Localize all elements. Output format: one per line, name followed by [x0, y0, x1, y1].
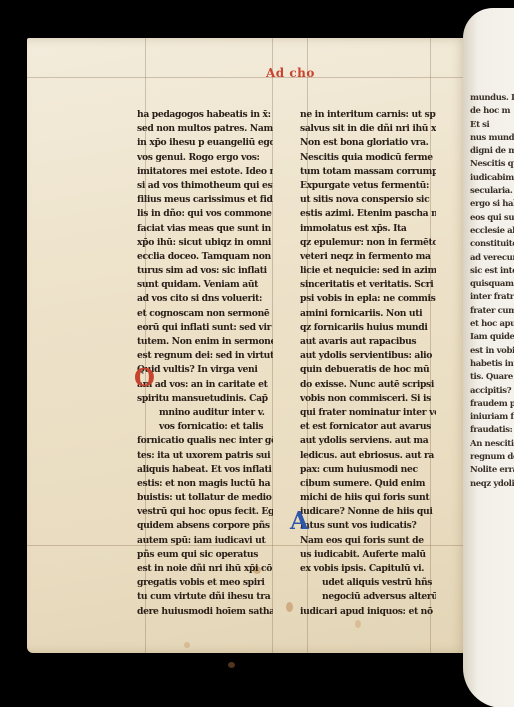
text-line: intus sunt vos iudicatis?: [300, 519, 436, 533]
text-line: Expurgate vetus fermentū:: [300, 179, 436, 193]
text-line: Non est bona gloriatio vra.: [300, 136, 436, 150]
running-head: Ad cho: [266, 66, 315, 80]
text-line: vobis non commisceri. Si is: [300, 392, 436, 406]
text-line: spiritu mansuetudinis. Cap̄: [137, 392, 273, 406]
text-line: est regnum dei: sed in virtute.: [137, 349, 273, 363]
text-line: imitatores mei estote. Ideo mi: [137, 165, 273, 179]
text-line: iniuriam facitis: [470, 411, 514, 424]
text-line: aut avaris aut rapacibus: [300, 335, 436, 349]
text-line: ha pedagogos habeatis in x̄:: [137, 108, 273, 122]
text-line: psi vobis in epla: ne commisce: [300, 292, 436, 306]
text-line: sic est inter vos: [470, 265, 514, 278]
text-line: ecclia doceo. Tamquam non ven: [137, 250, 273, 264]
text-line: aut ydolis serviens. aut ma: [300, 434, 436, 448]
text-line: Nolite errare: ne: [470, 464, 514, 477]
text-line: qz fornicariis huius mundi: [300, 321, 436, 335]
text-line: neqz ydolis servie: [470, 478, 514, 491]
foxing-stain: [228, 662, 235, 668]
text-line: mnino auditur inter v.: [137, 406, 273, 420]
text-line: eorū qui inflati sunt: sed vir: [137, 321, 273, 335]
text-line: lis in dño: qui vos commone: [137, 207, 273, 221]
text-line: amini fornicariis. Non uti: [300, 307, 436, 321]
text-line: fornicatio qualis nec inter gē: [137, 434, 273, 448]
next-page-text: mundus. Ita de hoc m Et si nus mundus di…: [470, 92, 514, 492]
text-line: frater cum frat: [470, 305, 514, 318]
text-line: regnum dei non: [470, 451, 514, 464]
text-line: iudicari apud iniquos: et nō: [300, 605, 436, 619]
text-line: udet aliquis vestrū hñs: [300, 576, 436, 590]
text-line: immolatus est xp̄s. Ita: [300, 222, 436, 236]
text-line: in xp̄o ihesu p euangeliū ego: [137, 136, 273, 150]
text-line: sinceritatis et veritatis. Scri: [300, 278, 436, 292]
text-line: An nescitis quia: [470, 438, 514, 451]
text-line: do exisse. Nunc autē scripsi: [300, 378, 436, 392]
text-line: et est fornicator aut avarus: [300, 420, 436, 434]
text-line: estis azimi. Etenim pascha nrm: [300, 207, 436, 221]
text-line: gregatis vobis et meo spiri: [137, 576, 273, 590]
text-line: ecclesie abiecti: [470, 225, 514, 238]
text-line: tu cum virtute dñi ihesu tra: [137, 590, 273, 604]
text-line: faciat vias meas que sunt in: [137, 222, 273, 236]
text-line: habetis inter vos: [470, 358, 514, 371]
text-line: turus sim ad vos: sic inflati: [137, 264, 273, 278]
text-line: de hoc m: [470, 105, 514, 118]
left-text-column: ha pedagogos habeatis in x̄: sed non mul…: [137, 108, 273, 619]
text-line: iudicare? Nonne de hiis qui: [300, 505, 436, 519]
text-line: tes: ita ut uxorem patris sui: [137, 449, 273, 463]
text-line: et hoc apud infideli: [470, 318, 514, 331]
text-line: et cognoscam non sermonē: [137, 307, 273, 321]
text-line: Iam quidem omni: [470, 331, 514, 344]
text-line: ledicus. aut ebriosus. aut ra: [300, 449, 436, 463]
text-line: si ad vos thimotheum qui est: [137, 179, 273, 193]
text-line: vestrū qui hoc opus fecit. Ego: [137, 505, 273, 519]
foxing-stain: [184, 642, 190, 648]
text-line: est in noie dñi nri ihū xp̄i cō: [137, 562, 273, 576]
right-text-column: ne in interitum carnis: ut spūs salvus s…: [300, 108, 436, 619]
text-line: estis: et non magis luctū ha: [137, 477, 273, 491]
text-line: filius meus carissimus et fide: [137, 193, 273, 207]
text-line: tutem. Non enim in sermone: [137, 335, 273, 349]
text-line: ne in interitum carnis: ut spūs: [300, 108, 436, 122]
text-line: accipitis? Quare: [470, 385, 514, 398]
text-line: quisquam qui possit: [470, 278, 514, 291]
text-line: digni de minimi: [470, 145, 514, 158]
text-line: qz epulemur: non in fermēto: [300, 236, 436, 250]
text-line: veteri neqz in fermento ma: [300, 250, 436, 264]
text-line: ergo si habueritis: [470, 198, 514, 211]
text-line: ex vobis ipsis. Capitulū vi.: [300, 562, 436, 576]
text-line: buistis: ut tollatur de medio: [137, 491, 273, 505]
text-line: constituite ad: [470, 238, 514, 251]
text-line: mundus. Ita: [470, 92, 514, 105]
text-line: aliquis habeat. Et vos inflati: [137, 463, 273, 477]
text-line: inter fratrem suum: [470, 291, 514, 304]
text-line: sunt quidam. Veniam aūt: [137, 278, 273, 292]
text-line: cibum sumere. Quid enim: [300, 477, 436, 491]
text-line: ad vos cito si dns voluerit:: [137, 292, 273, 306]
text-line: nus mundus: [470, 132, 514, 145]
text-line: sed non multos patres. Nam: [137, 122, 273, 136]
text-line: pñs eum qui sic operatus: [137, 548, 273, 562]
text-line: aut ydolis servientibus: alio: [300, 349, 436, 363]
text-line: fraudem patimini?: [470, 398, 514, 411]
rubricated-initial-o: O: [134, 366, 160, 390]
text-line: est in vobis: quia: [470, 345, 514, 358]
text-line: pax: cum huiusmodi nec: [300, 463, 436, 477]
text-line: negociū adversus alterū: [300, 590, 436, 604]
ruling-line-top: [27, 77, 467, 78]
text-line: Et si: [470, 119, 514, 132]
illuminated-initial-a: A: [290, 508, 314, 534]
foxing-stain: [355, 620, 361, 628]
text-line: iudicabimus: Qua: [470, 172, 514, 185]
text-line: quin debueratis de hoc mū: [300, 363, 436, 377]
text-line: Nam eos qui foris sunt de: [300, 534, 436, 548]
text-line: quidem absens corpore pñs: [137, 519, 273, 533]
text-line: secularia. Secula: [470, 185, 514, 198]
text-line: vos genui. Rogo ergo vos:: [137, 151, 273, 165]
text-line: tum totam massam corrumpit.: [300, 165, 436, 179]
text-line: xp̄o ihū: sicut ubiqz in omni: [137, 236, 273, 250]
text-line: michi de hiis qui foris sunt: [300, 491, 436, 505]
text-line: qui frater nominatur inter vos: [300, 406, 436, 420]
text-line: Nescitis qui a: [470, 158, 514, 171]
text-line: Nescitis quia modicū ferme: [300, 151, 436, 165]
text-line: ut sitis nova conspersio sic: [300, 193, 436, 207]
text-line: salvus sit in die dñi nri ihū xp̄i.: [300, 122, 436, 136]
foxing-stain: [286, 602, 293, 612]
text-line: fraudatis: et hoc: [470, 424, 514, 437]
text-line: ad verecundiam: [470, 252, 514, 265]
text-line: licie et nequicie: sed in azimis: [300, 264, 436, 278]
text-line: eos qui sunt cō: [470, 212, 514, 225]
text-line: vos fornicatio: et talis: [137, 420, 273, 434]
text-line: autem spū: iam iudicavi ut: [137, 534, 273, 548]
text-line: dere huiusmodi hoīem satha.: [137, 605, 273, 619]
text-line: us iudicabit. Auferte malū: [300, 548, 436, 562]
text-line: tis. Quare non: [470, 371, 514, 384]
